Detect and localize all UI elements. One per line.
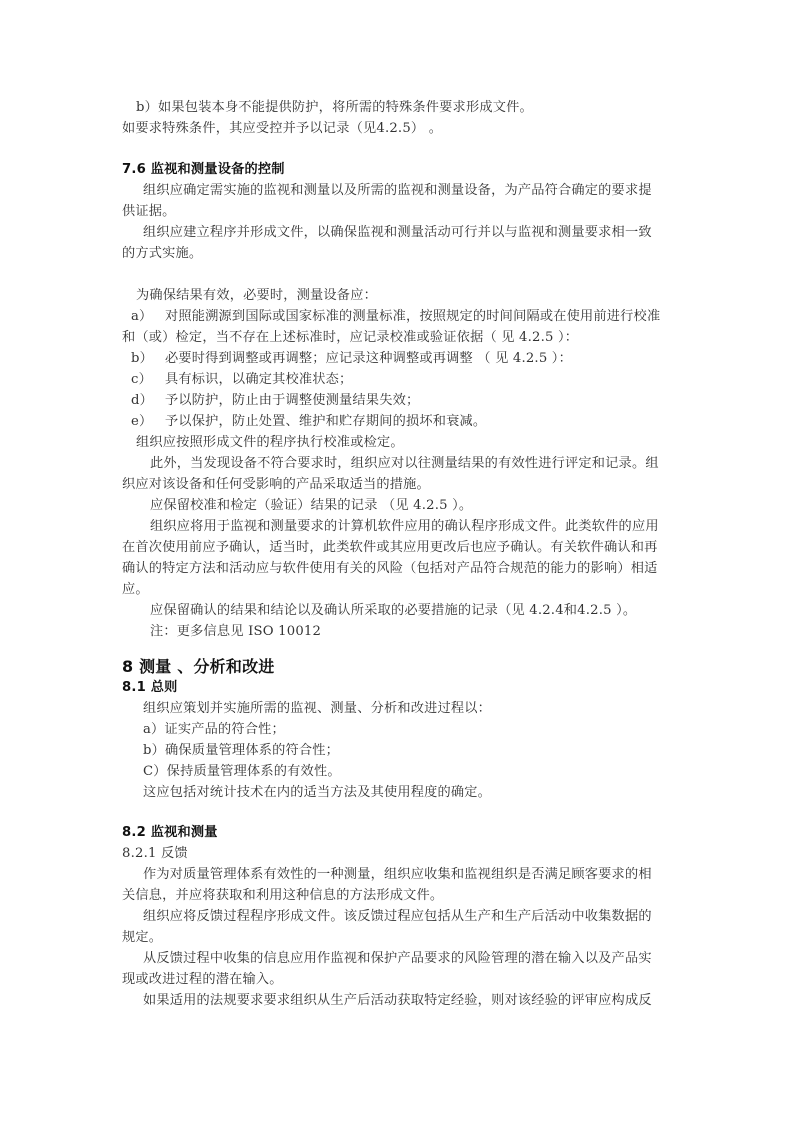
paragraph: 作为对质量管理体系有效性的一种测量，组织应收集和监视组织是否满足顾客要求的相 xyxy=(143,867,652,883)
paragraph: 应保留校准和检定（验证）结果的记录 （见 4.2.5 ）。 xyxy=(150,498,472,514)
paragraph: 组织应建立程序并形成文件，以确保监视和测量活动可行并以与监视和测量要求相一致 xyxy=(143,225,652,241)
paragraph: 如果适用的法规要求要求组织从生产后活动获取特定经验，则对该经验的评审应构成反 xyxy=(143,993,652,1009)
note: 注：更多信息见 ISO 10012 xyxy=(150,624,321,640)
list-item-b: 必要时得到调整或再调整；应记录这种调整或再调整 （ 见 4.2.5 ）： xyxy=(165,351,572,367)
list-item-a-cont: 和（或）检定，当不存在上述标准时，应记录校准或验证依据（ 见 4.2.5 ）： xyxy=(122,330,578,346)
paragraph: 织应对该设备和任何受影响的产品采取适当的措施。 xyxy=(122,477,430,493)
paragraph: 规定。 xyxy=(122,930,162,946)
paragraph: 从反馈过程中收集的信息应用作监视和保护产品要求的风险管理的潜在输入以及产品实 xyxy=(143,951,652,967)
paragraph: 组织应将反馈过程程序形成文件。该反馈过程应包括从生产和生产后活动中收集数据的 xyxy=(143,909,652,925)
intro-b-item: b）如果包装本身不能提供防护，将所需的特殊条件要求形成文件。 xyxy=(136,100,533,116)
list-item-c-marker: c） xyxy=(131,372,152,388)
paragraph: 确认的特定方法和活动应与软件使用有关的风险（包括对产品符合规范的能力的影响）相适 xyxy=(122,561,658,577)
section-8-heading: 8 测量 、分析和改进 xyxy=(122,657,274,677)
paragraph: 供证据。 xyxy=(122,204,176,220)
section-7-6-heading: 7.6 监视和测量设备的控制 xyxy=(122,162,285,178)
paragraph: 组织应按照形成文件的程序执行校准或检定。 xyxy=(136,435,404,451)
paragraph: 的方式实施。 xyxy=(122,246,202,262)
section-8-1-heading: 8.1 总则 xyxy=(122,680,178,696)
section-8-2-1-heading: 8.2.1 反馈 xyxy=(122,846,188,862)
paragraph: 关信息，并应将获取和利用这种信息的方法形成文件。 xyxy=(122,888,443,904)
list-item-a-marker: a） xyxy=(131,309,152,325)
paragraph: 组织应确定需实施的监视和测量以及所需的监视和测量设备，为产品符合确定的要求提 xyxy=(143,183,652,199)
intro-special-conditions: 如要求特殊条件，其应受控并予以记录（见4.2.5） 。 xyxy=(122,121,442,137)
list-item: C）保持质量管理体系的有效性。 xyxy=(143,764,341,780)
list-item-d-marker: d） xyxy=(131,393,153,409)
section-8-2-heading: 8.2 监视和测量 xyxy=(122,825,218,841)
list-item: b）确保质量管理体系的符合性； xyxy=(143,743,339,759)
list-item-d: 予以防护，防止由于调整使测量结果失效； xyxy=(165,393,419,409)
paragraph: 应保留确认的结果和结论以及确认所采取的必要措施的记录（见 4.2.4和4.2.5… xyxy=(150,603,636,619)
list-item-c: 具有标识，以确定其校准状态； xyxy=(165,372,352,388)
list-item: a）证实产品的符合性； xyxy=(143,722,285,738)
list-item-e: 予以保护，防止处置、维护和贮存期间的损坏和衰减。 xyxy=(165,414,486,430)
list-item-a: 对照能溯源到国际或国家标准的测量标准，按照规定的时间间隔或在使用前进行校准 xyxy=(165,309,660,325)
paragraph: 此外，当发现设备不符合要求时，组织应对以往测量结果的有效性进行评定和记录。组 xyxy=(150,456,659,472)
paragraph: 组织应策划并实施所需的监视、测量、分析和改进过程以： xyxy=(143,701,491,717)
paragraph: 在首次使用前应予确认，适当时，此类软件或其应用更改后也应予确认。有关软件确认和再 xyxy=(122,540,658,556)
paragraph: 这应包括对统计技术在内的适当方法及其使用程度的确定。 xyxy=(143,785,491,801)
paragraph: 为确保结果有效，必要时，测量设备应： xyxy=(136,288,377,304)
list-item-e-marker: e） xyxy=(131,414,152,430)
list-item-b-marker: b） xyxy=(131,351,153,367)
paragraph: 现或改进过程的潜在输入。 xyxy=(122,972,283,988)
paragraph: 应。 xyxy=(122,582,149,598)
paragraph: 组织应将用于监视和测量要求的计算机软件应用的确认程序形成文件。此类软件的应用 xyxy=(150,519,659,535)
